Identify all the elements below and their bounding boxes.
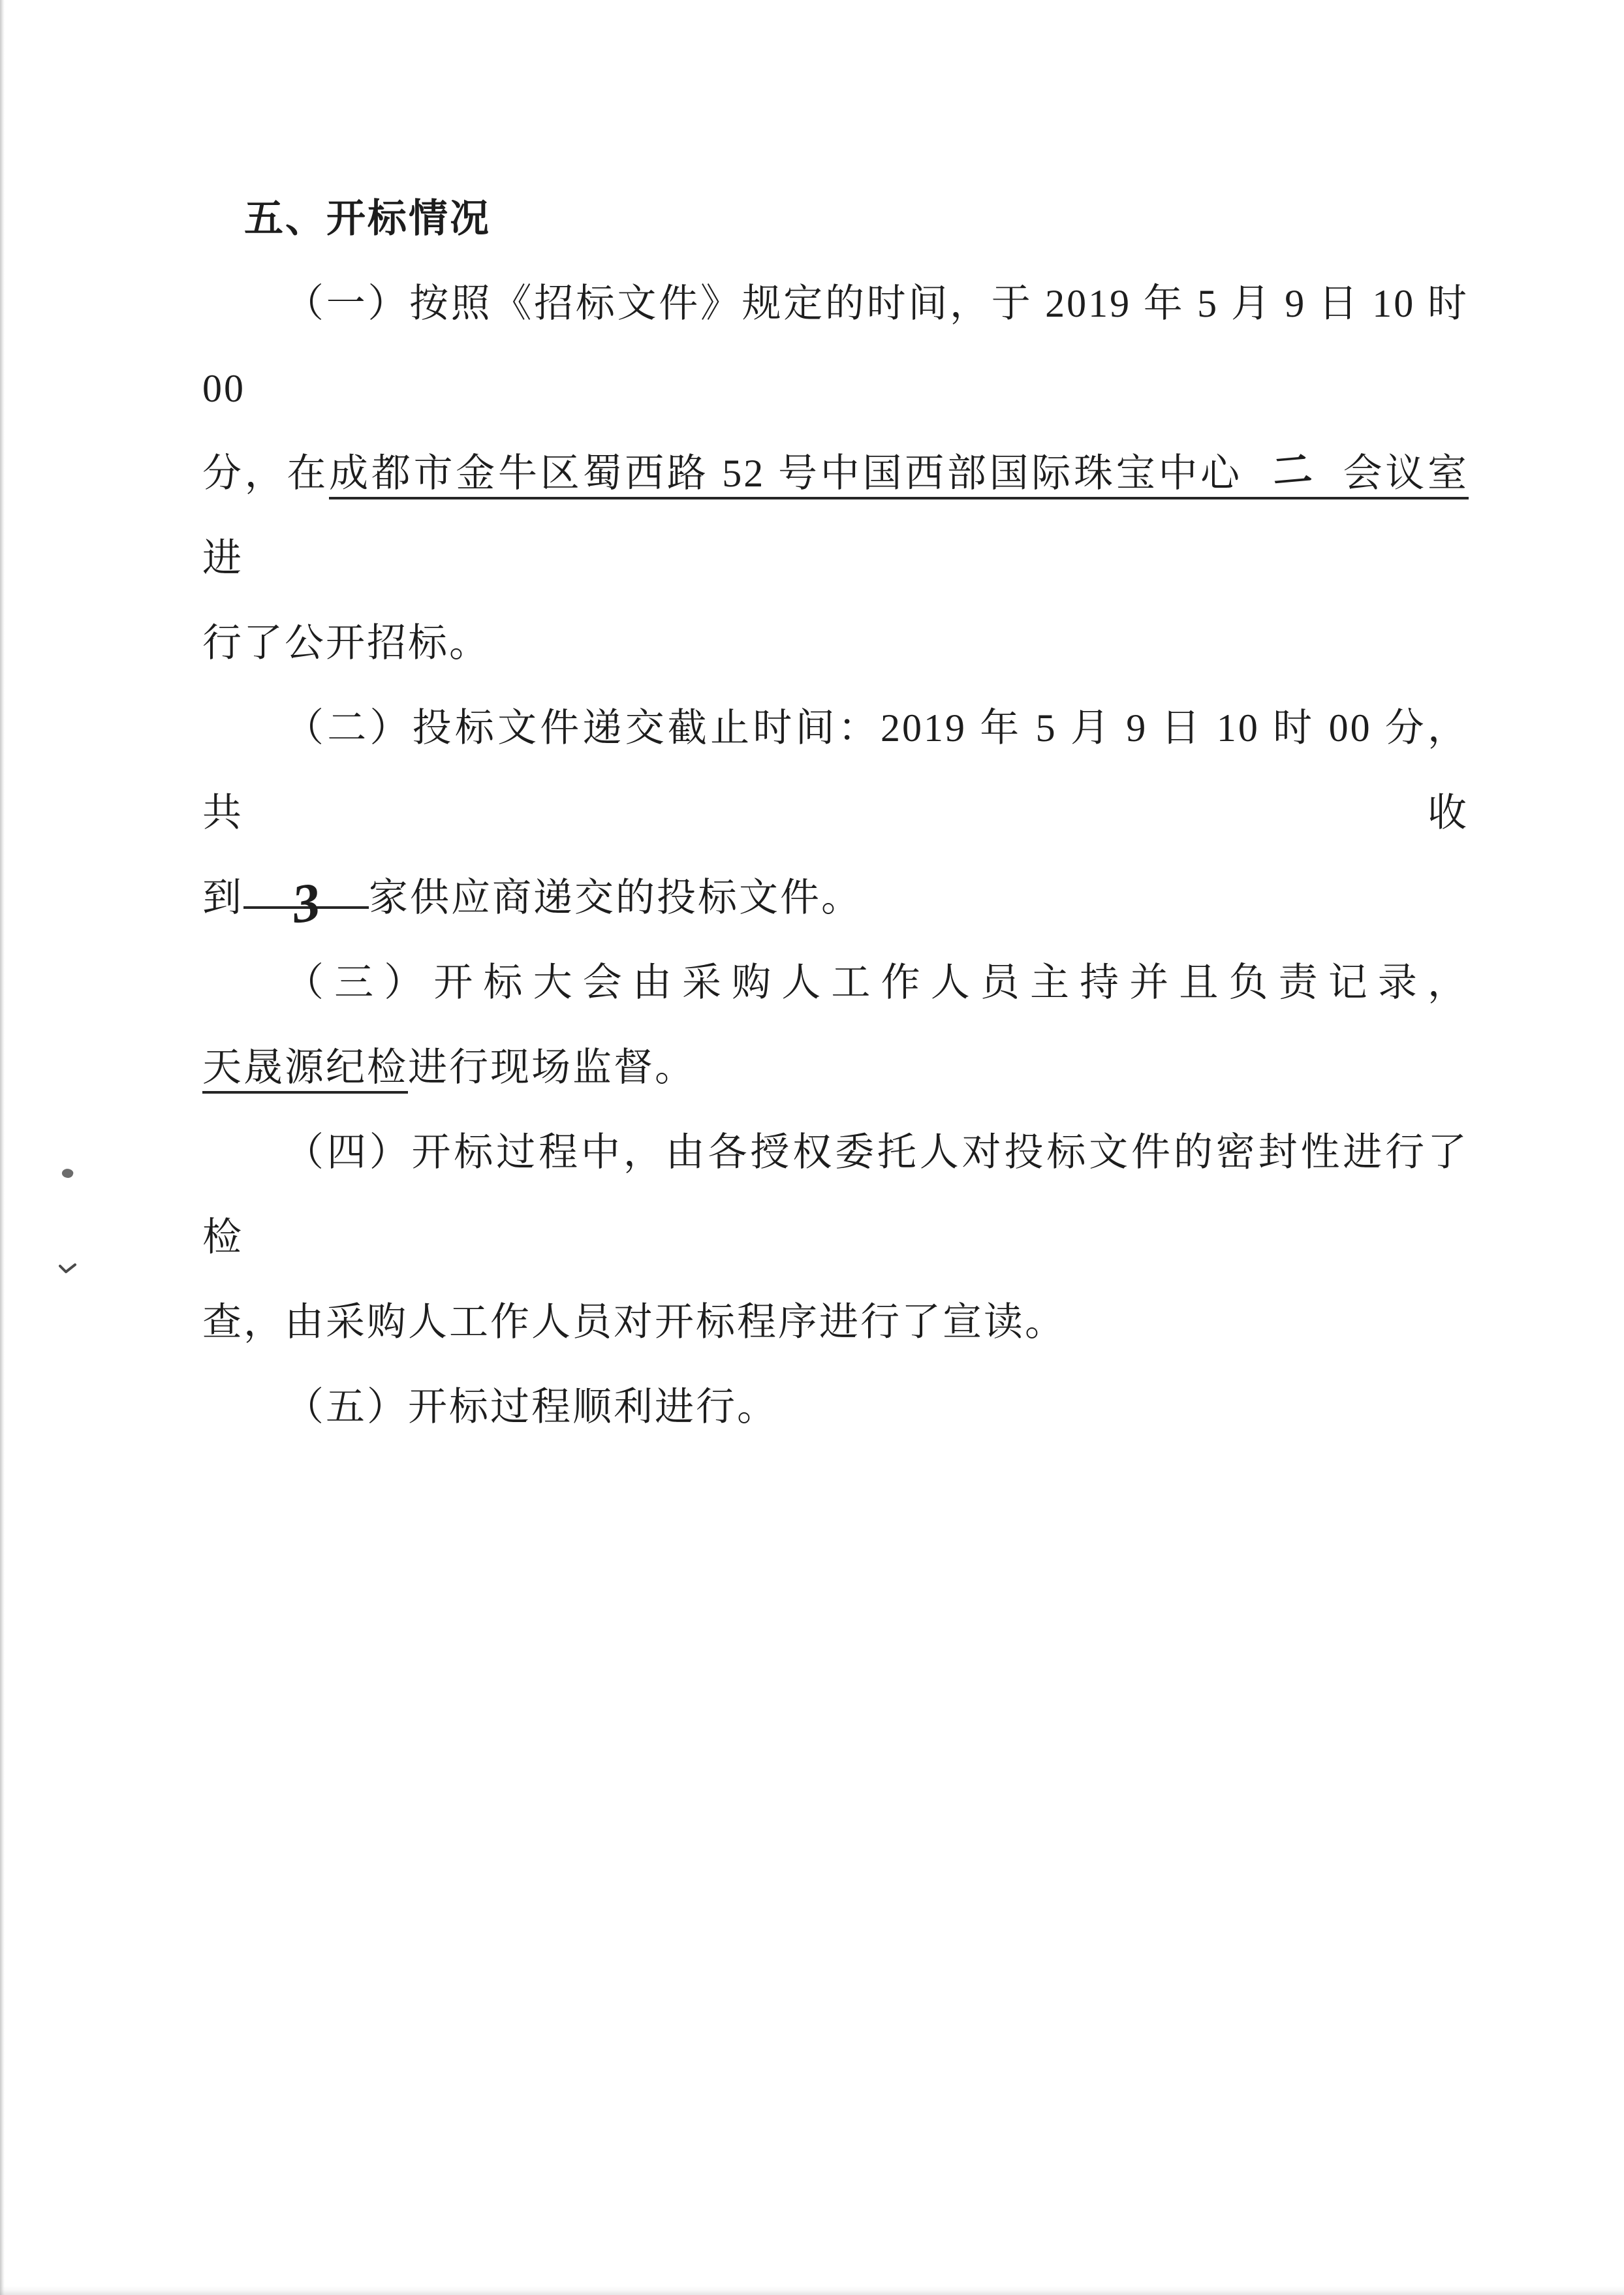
text-run: （四）开标过程中，由各授权委托人对投标文件的密封性进行了检 <box>202 1131 1469 1259</box>
text-run: （一）按照《招标文件》规定的时间，于 2019 年 5 月 9 日 10 时 0… <box>202 282 1469 410</box>
scan-edge-left <box>0 0 5 2295</box>
text-run: 进 <box>202 537 243 580</box>
paragraph-2-line-1: （二）投标文件递交截止时间：2019 年 5 月 9 日 10 时 00 分，共… <box>202 686 1469 855</box>
paragraph-4-line-2: 查，由采购人工作人员对开标程序进行了宣读。 <box>202 1280 1469 1365</box>
check-mark-shape <box>59 1263 77 1274</box>
text-run: 家供应商递交的投标文件。 <box>369 876 862 919</box>
text-run: （二）投标文件递交截止时间：2019 年 5 月 9 日 10 时 00 分，共… <box>202 706 1469 834</box>
handwritten-bidder-count: 3 <box>290 883 322 925</box>
text-run: 查，由采购人工作人员对开标程序进行了宣读。 <box>202 1301 1066 1344</box>
paragraph-4-line-1: （四）开标过程中，由各授权委托人对投标文件的密封性进行了检 <box>202 1110 1469 1280</box>
underlined-blank: 3 <box>243 866 369 909</box>
section-title: 五、开标情况 <box>244 176 1510 261</box>
paragraph-1-line-3: 行了公开招标。 <box>202 601 1469 686</box>
text-run: 行了公开招标。 <box>202 622 490 665</box>
paragraph-5-line-1: （五）开标过程顺利进行。 <box>202 1365 1469 1449</box>
underlined-venue: 成都市金牛区蜀西路 52 号中国西部国际珠宝中心二会议室 <box>329 452 1469 499</box>
document-body: 五、开标情况 （一）按照《招标文件》规定的时间，于 2019 年 5 月 9 日… <box>202 176 1469 1449</box>
scan-edge-bottom <box>0 2286 1624 2295</box>
text-run: （五）开标过程顺利进行。 <box>285 1385 778 1429</box>
handwritten-meeting-room-number: 二 <box>1239 424 1345 518</box>
scanned-document-page: 五、开标情况 （一）按照《招标文件》规定的时间，于 2019 年 5 月 9 日… <box>0 0 1624 2295</box>
text-run: 到 <box>202 876 243 919</box>
paragraph-3-line-2: 天晟源纪检进行现场监督。 <box>202 1025 1469 1110</box>
paragraph-1-line-2: 分，在成都市金牛区蜀西路 52 号中国西部国际珠宝中心二会议室进 <box>202 431 1469 601</box>
text-run: （三）开标大会由采购人工作人员主持并且负责记录， <box>285 961 1469 1004</box>
venue-text-part-1: 成都市金牛区蜀西路 52 号中国西部国际珠宝中心 <box>329 452 1243 495</box>
paragraph-2-line-2: 到3家供应商递交的投标文件。 <box>202 855 1469 940</box>
paragraph-1-line-1: （一）按照《招标文件》规定的时间，于 2019 年 5 月 9 日 10 时 0… <box>202 261 1469 431</box>
paragraph-3-line-1: （三）开标大会由采购人工作人员主持并且负责记录， <box>202 940 1469 1025</box>
underlined-supervisor-name: 天晟源纪检 <box>202 1046 408 1094</box>
ink-check-speck <box>59 1263 77 1278</box>
ink-blob-speck <box>61 1167 74 1180</box>
text-run: 分，在 <box>202 452 329 495</box>
venue-text-part-2: 会议室 <box>1342 452 1469 495</box>
text-run: 进行现场监督。 <box>408 1046 696 1089</box>
